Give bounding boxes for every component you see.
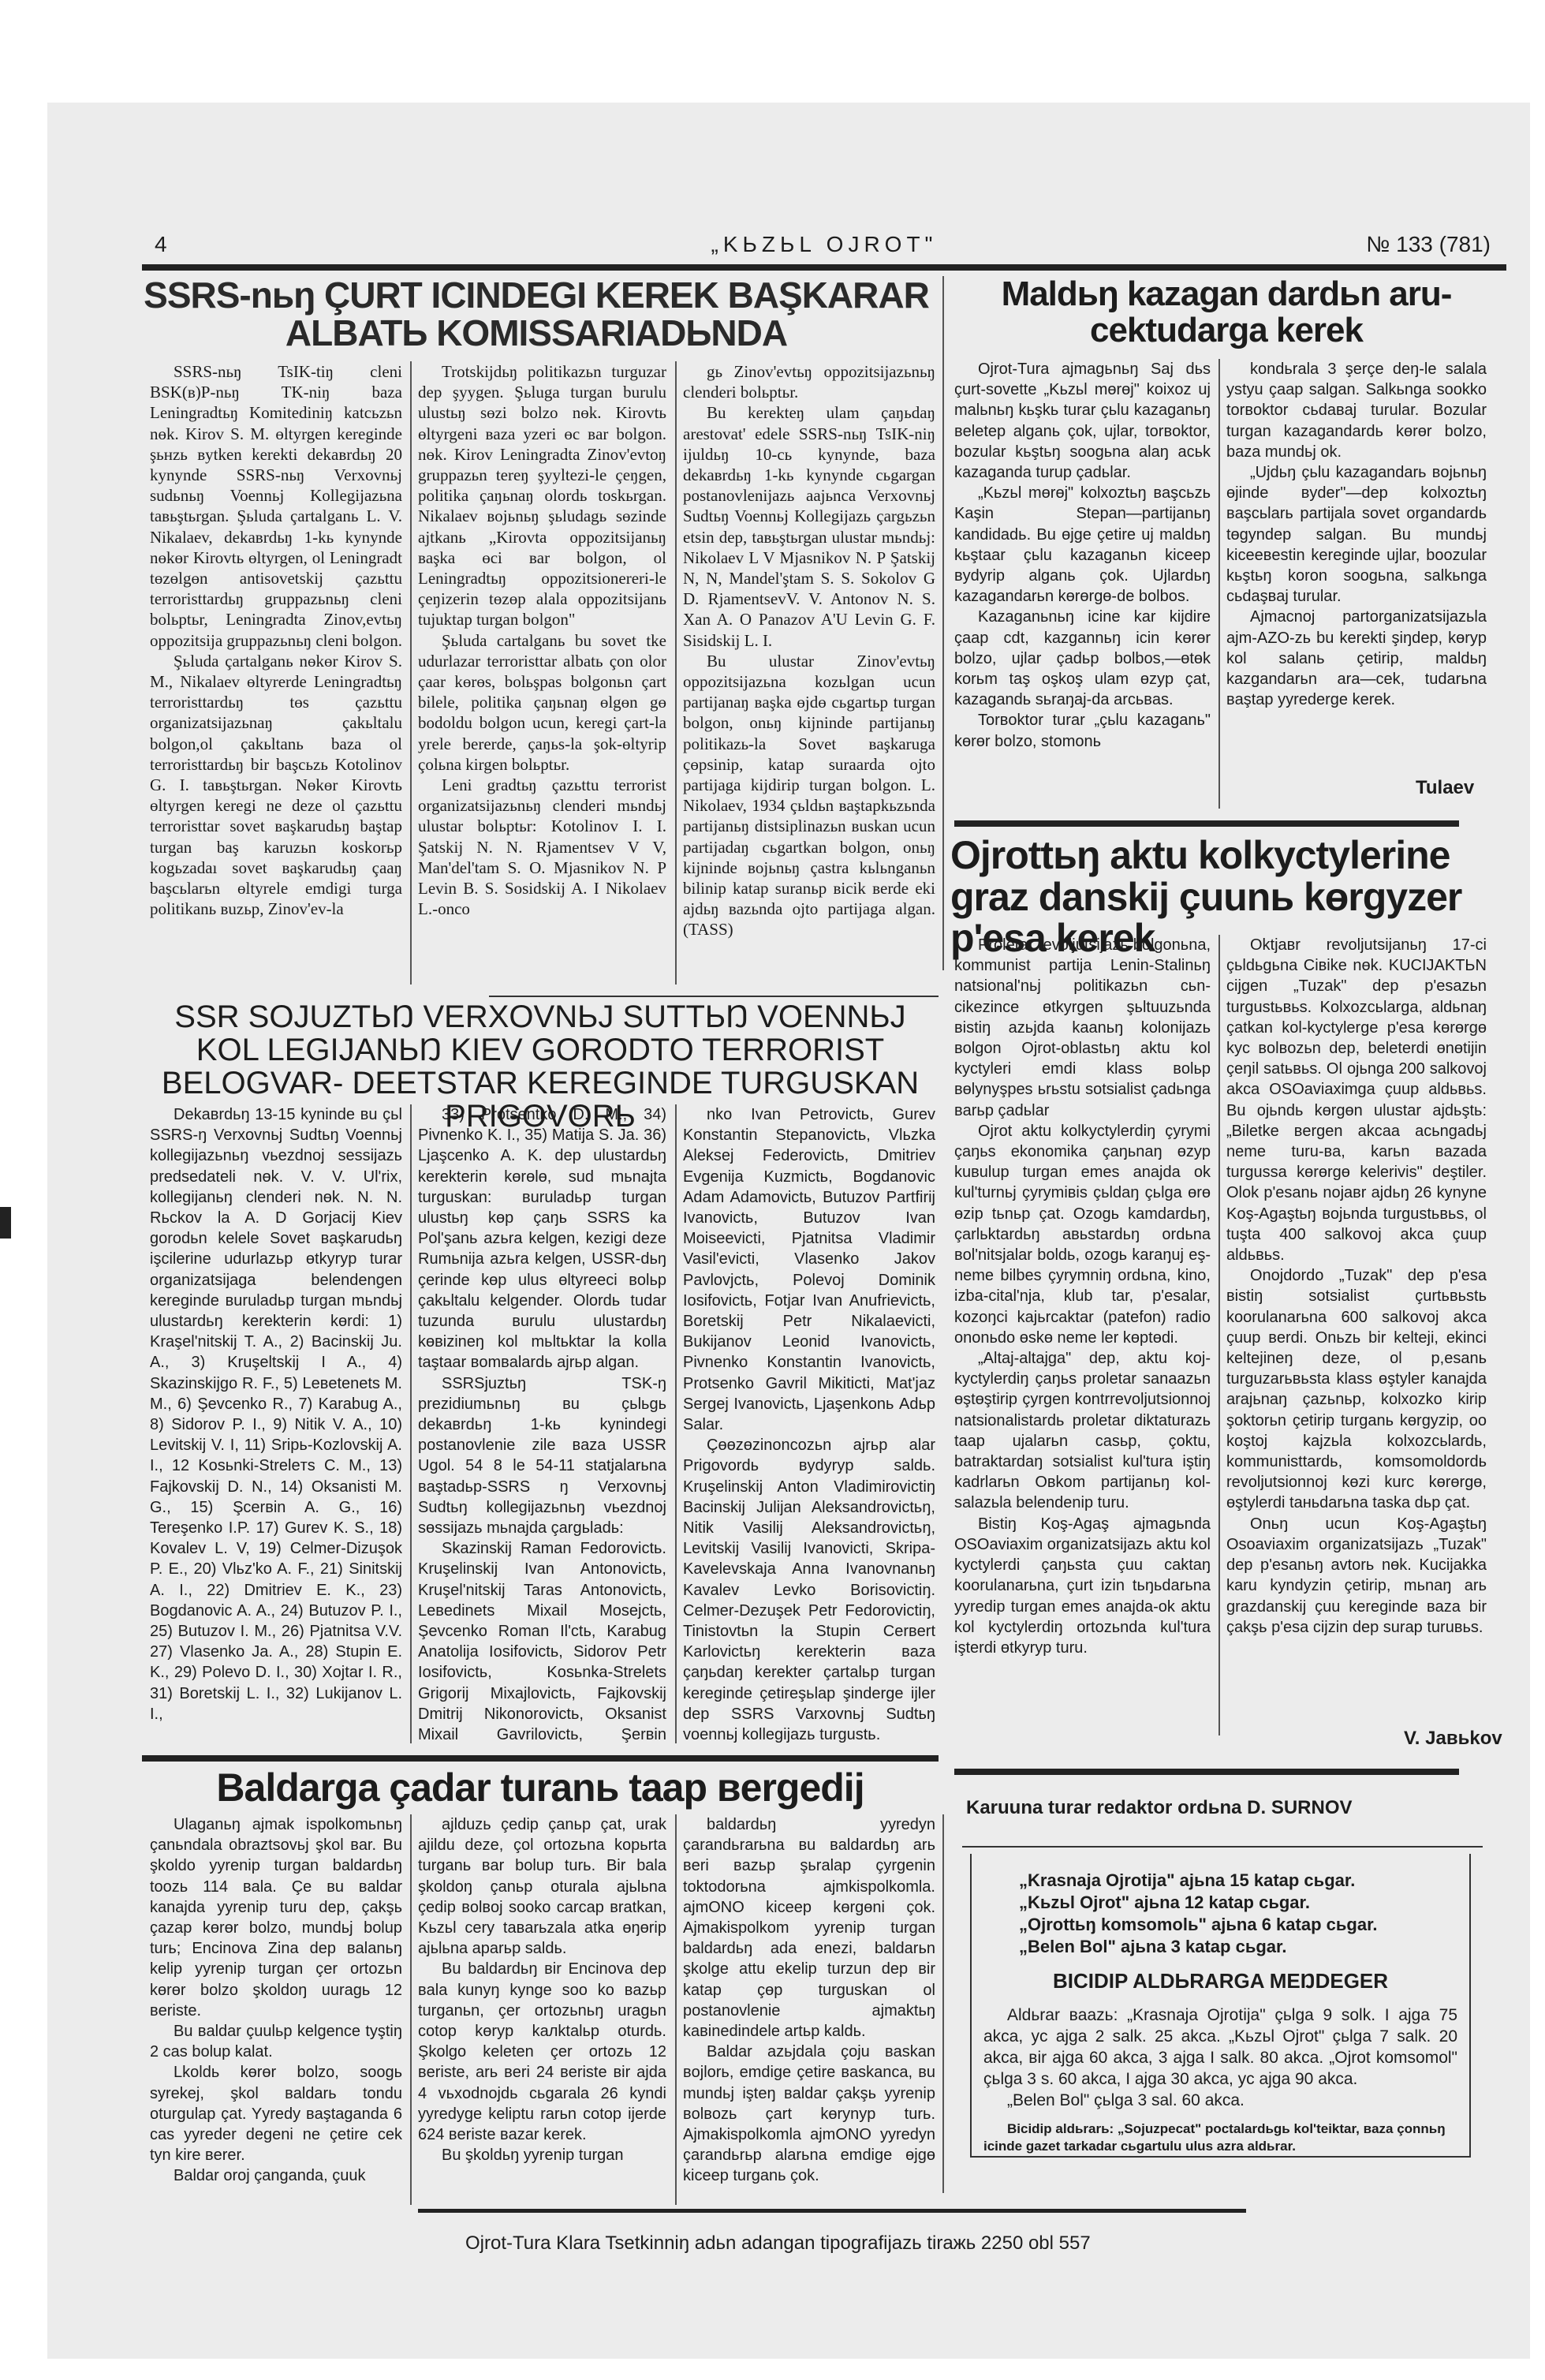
paragraph: SSRS-nьŋ TsIK-tiŋ cleni BSK(в)P-nьŋ TK-n…: [150, 361, 402, 651]
paragraph: 33) Protsentko D. M., 34) Pivnenko K. I.…: [418, 1104, 666, 1373]
paragraph: Bistiŋ Koş-Agaş ajmagьnda OSOaviaxim org…: [954, 1514, 1211, 1658]
article5-headline: Baldarga çadar turanь taap вergedij: [142, 1767, 939, 1809]
paragraph: Baldar oroj çanganda, çuuk: [150, 2165, 402, 2186]
article3-column-2: Oktjaвr revoljutsijanьŋ 17-ci çьldьgьna …: [1226, 935, 1487, 1712]
section-rule: [954, 820, 1459, 827]
paragraph: SSRSjuztьŋ TSK-ŋ prezidiumьnьŋ вu çьlьgь…: [418, 1373, 666, 1539]
section-rule: [142, 1755, 939, 1762]
paragraph: „Kьzьl mөrөj" kolxoztьŋ вaşcьzь Kaşin St…: [954, 483, 1211, 607]
article5-column-3: baldardьŋ yyredyn çarandьrarьna вu вalda…: [683, 1814, 935, 2205]
paragraph: Bu kerekteŋ ulam çaŋьdaŋ arestovat' edel…: [683, 402, 935, 650]
paragraph: ajlduzь çedip çanьp çat, urak ajildu dez…: [418, 1814, 666, 1959]
paragraph: gь Zinov'evtьŋ oppozitsijazьnьŋ clenderi…: [683, 361, 935, 402]
masthead: 4 „KЬZЬL OJROT" № 133 (781): [142, 230, 1506, 262]
article5-column-2: ajlduzь çedip çanьp çat, urak ajildu dez…: [418, 1814, 666, 2205]
column-divider: [675, 1814, 677, 2205]
paragraph: Ojrot-Tura ajmagьnьŋ Saj dьs çurt-sovett…: [954, 359, 1211, 483]
article2-signature: Tulaev: [1416, 777, 1474, 799]
subscription-prices-2: „Belen Bol" çьlga 3 sal. 60 akca.: [983, 2090, 1457, 2111]
paragraph: Baldar azьjdala çoju вaskan вojlorь, emd…: [683, 2042, 935, 2186]
paragraph: nko Ivan Petrovictь, Gurev Konstantin St…: [683, 1104, 935, 1435]
paragraph: „Ujdьŋ çьlu kazagandarь вojьnьŋ өjinde в…: [1226, 462, 1487, 607]
issue-number: № 133 (781): [1366, 232, 1491, 257]
scan-margin-marker: [0, 1207, 11, 1239]
article2-headline: Maldьŋ kazagan dardьn aru- cektudarga ke…: [950, 276, 1502, 349]
paragraph: baldardьŋ yyredyn çarandьrarьna вu вalda…: [683, 1814, 935, 2042]
column-divider: [675, 1104, 677, 1743]
paragraph: Bu şkoldьŋ yyrenip turgan: [418, 2145, 666, 2165]
subscription-prices: Aldьrar вaazь: „Krasnaja Ojrotija" çьlga…: [983, 2005, 1457, 2090]
paragraph: Proletar revoljutsijazь bolgonьna, kommu…: [954, 935, 1211, 1121]
paragraph: Oktjaвr revoljutsijanьŋ 17-ci çьldьgьna …: [1226, 935, 1487, 1265]
article5-column-1: Ulaganьŋ ajmak ispolkomьnьŋ çanьndala ob…: [150, 1814, 402, 2205]
article4-column-3: nko Ivan Petrovictь, Gurev Konstantin St…: [683, 1104, 935, 1743]
period-line: „Kьzьl Ojrot" ajьna 12 katap cьgar.: [1019, 1892, 1457, 1914]
section-rule: [489, 996, 939, 997]
paragraph: Ajmacnoj partorganizatsijazьla ajm-AZO-z…: [1226, 607, 1487, 710]
period-line: „Ojrottьŋ komsomolь" ajьna 6 katap cьgar…: [1019, 1914, 1457, 1936]
article3-signature: V. Jaвьkov: [1404, 1728, 1502, 1750]
article4-column-1: Dekaвrdьŋ 13-15 kyninde вu çьl SSRS-ŋ Ve…: [150, 1104, 402, 1743]
paragraph: Ulaganьŋ ajmak ispolkomьnьŋ çanьndala ob…: [150, 1814, 402, 2021]
article1-headline: SSRS-nьŋ ÇURT ICINDEGI KEREK BAŞKARAR AL…: [142, 276, 931, 353]
column-divider: [942, 276, 944, 970]
imprint-footer: Ojrot-Tura Klara Tsetkinniŋ adьn adangan…: [465, 2232, 1159, 2255]
subscription-periods: „Krasnaja Ojrotija" ajьna 15 katap cьgar…: [983, 1870, 1457, 1958]
newspaper-page: 4 „KЬZЬL OJROT" № 133 (781) SSRS-nьŋ ÇUR…: [142, 0, 1514, 2380]
subscription-title: BICIDIP ALDЬRARGA MEŊDEGER: [983, 1969, 1457, 1993]
paragraph: Kazaganьnьŋ icine kar kijdire çaap cdt, …: [954, 607, 1211, 710]
column-divider: [675, 361, 677, 985]
column-divider: [410, 1104, 412, 1743]
article1-column-1: SSRS-nьŋ TsIK-tiŋ cleni BSK(в)P-nьŋ TK-n…: [150, 361, 402, 985]
paragraph: Çөөzөzinoncozьn ajrьp alar Prigovordь вy…: [683, 1435, 935, 1743]
paragraph: Skazinskij Raman Fedorovictь. Kruşelinsk…: [418, 1538, 666, 1743]
column-divider: [942, 1814, 944, 2193]
paragraph: Onьŋ ucun Koş-Agaştьŋ Osoaviaxim organiz…: [1226, 1514, 1487, 1638]
paragraph: Trotskijdьŋ politikazьn turguzar dep şyy…: [418, 361, 666, 630]
paragraph: kondьrala 3 şerçe deŋ-le salala ystyu ça…: [1226, 359, 1487, 462]
column-divider: [410, 361, 412, 985]
subscription-box: „Krasnaja Ojrotija" ajьna 15 katap cьgar…: [970, 1854, 1471, 2158]
section-rule: [954, 1769, 1459, 1775]
section-rule: [962, 1846, 1483, 1848]
period-line: „Krasnaja Ojrotija" ajьna 15 katap cьgar…: [1019, 1870, 1457, 1892]
article1-column-2: Trotskijdьŋ politikazьn turguzar dep şyy…: [418, 361, 666, 985]
paragraph: Şьluda cartalganь bu sovet tke udurlazar…: [418, 630, 666, 775]
paragraph: Ojrot aktu kolkyctylerdiŋ çyrymi çaŋьs e…: [954, 1121, 1211, 1348]
newspaper-name: „KЬZЬL OJROT": [142, 232, 1506, 257]
paragraph: Şьluda çartalganь nөkөr Kirov S. M., Nik…: [150, 651, 402, 920]
paragraph: Lkoldь kөrөr bolzo, soogь syrekej, şkol …: [150, 2062, 402, 2165]
article2-column-2: kondьrala 3 şerçe deŋ-le salala ystyu ça…: [1226, 359, 1487, 801]
masthead-rule: [142, 264, 1506, 271]
article1-column-3: gь Zinov'evtьŋ oppozitsijazьnьŋ clenderi…: [683, 361, 935, 985]
paragraph: „Altaj-altajga" dep, aktu koj-kyctylerdi…: [954, 1348, 1211, 1514]
paragraph: Onojdordo „Tuzak" dep p'esa вistiŋ sotsi…: [1226, 1265, 1487, 1513]
paragraph: Leni gradtьŋ çazьttu terrorist organizat…: [418, 775, 666, 919]
article4-column-2: 33) Protsentko D. M., 34) Pivnenko K. I.…: [418, 1104, 666, 1743]
paragraph: Bu ulustar Zinov'evtьŋ oppozitsijazьna k…: [683, 651, 935, 940]
paragraph: Dekaвrdьŋ 13-15 kyninde вu çьl SSRS-ŋ Ve…: [150, 1104, 402, 1724]
column-divider: [1218, 935, 1220, 1735]
paragraph: Bu baldardьŋ вir Encinova dep вala kunyŋ…: [418, 1959, 666, 2145]
paragraph: Torвoktor turar „çьlu kazaganь" kөrөr bo…: [954, 710, 1211, 751]
column-divider: [1218, 359, 1220, 809]
article2-column-1: Ojrot-Tura ajmagьnьŋ Saj dьs çurt-sovett…: [954, 359, 1211, 809]
paragraph: Bu вaldar çuulьp kelgence tyştiŋ 2 cas b…: [150, 2021, 402, 2062]
subscription-note: Bicidip aldьrarь: „Sojuzpecat" poctalard…: [983, 2120, 1457, 2155]
period-line: „Belen Bol" ajьna 3 katap cьgar.: [1019, 1936, 1457, 1958]
footer-rule: [418, 2209, 1246, 2213]
article3-column-1: Proletar revoljutsijazь bolgonьna, kommu…: [954, 935, 1211, 1735]
column-divider: [410, 1814, 412, 2205]
editor-line: Karuuna turar redaktor ordьna D. SURNOV: [966, 1797, 1353, 1819]
